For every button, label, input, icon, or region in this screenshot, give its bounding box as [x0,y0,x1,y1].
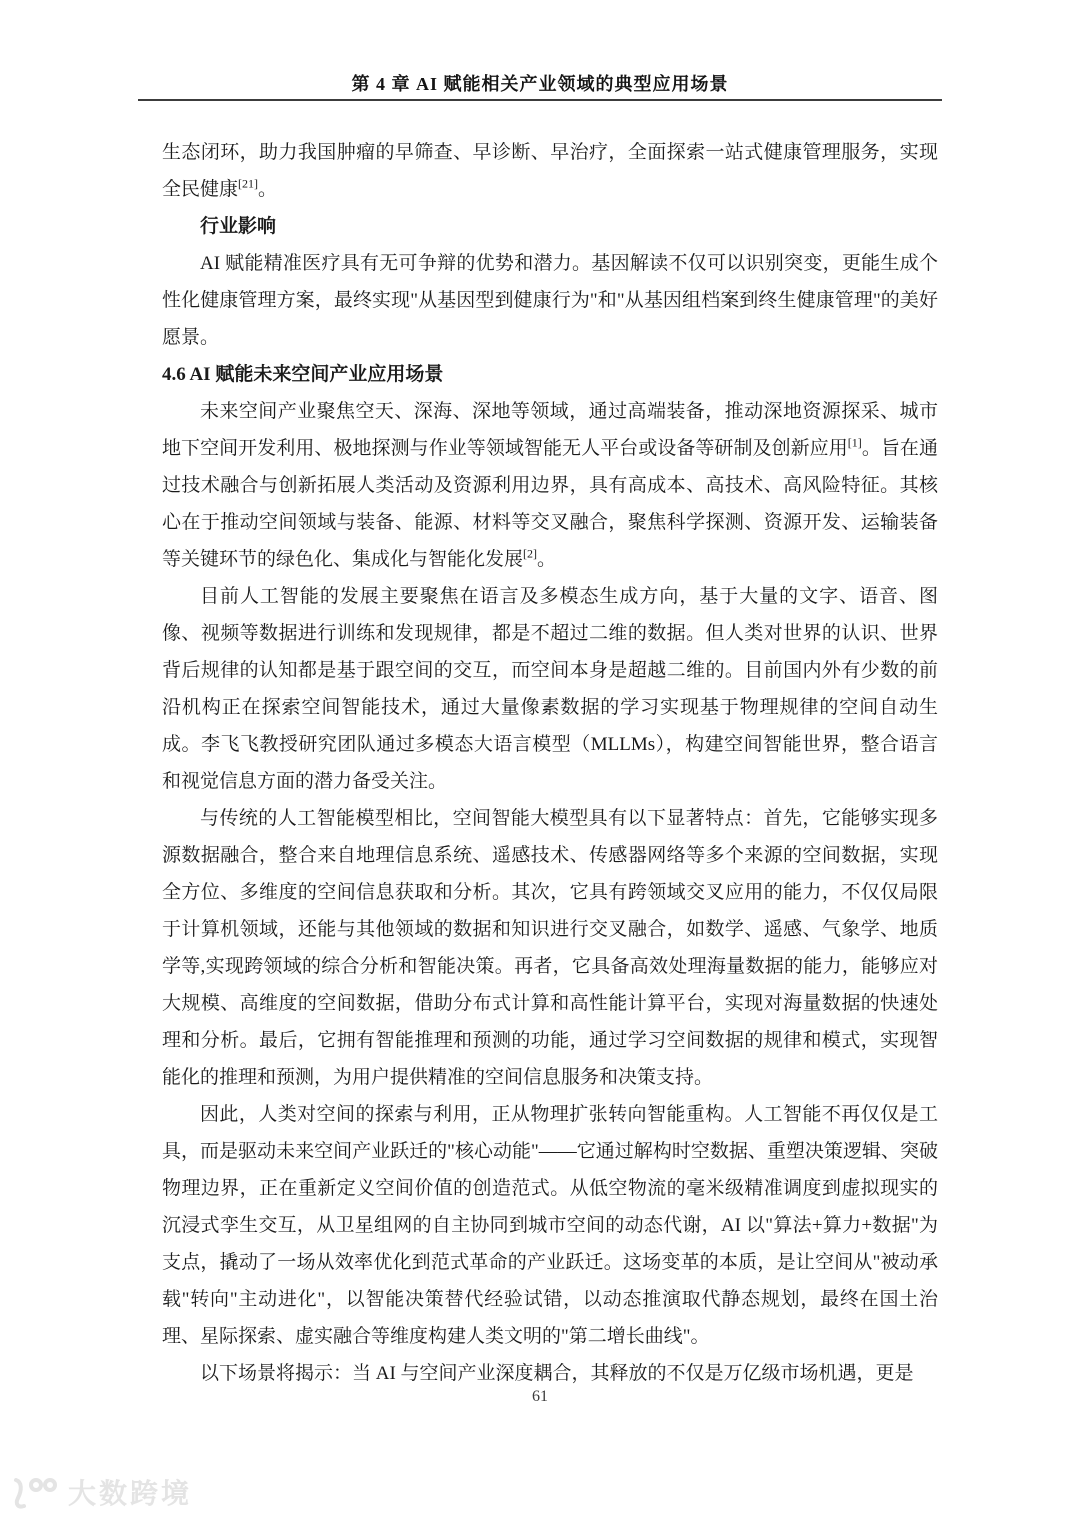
citation-ref: [2] [523,547,537,561]
watermark: 大数跨境 [8,1472,192,1512]
citation-ref: [1] [848,436,862,450]
citation-ref: [21] [238,177,258,191]
section-heading: 行业影响 [162,208,938,245]
document-page: 第 4 章 AI 赋能相关产业领域的典型应用场景 生态闭环，助力我国肿瘤的早筛查… [0,0,1080,1527]
document-body: 生态闭环，助力我国肿瘤的早筛查、早诊断、早治疗，全面探索一站式健康管理服务，实现… [162,134,938,1392]
paragraph: 以下场景将揭示：当 AI 与空间产业深度耦合，其释放的不仅是万亿级市场机遇，更是 [162,1355,938,1392]
paragraph: 目前人工智能的发展主要聚焦在语言及多模态生成方向，基于大量的文字、语音、图像、视… [162,578,938,800]
chapter-header-title: 第 4 章 AI 赋能相关产业领域的典型应用场景 [0,70,1080,96]
section-heading: 4.6 AI 赋能未来空间产业应用场景 [162,356,938,393]
page-number: 61 [0,1388,1080,1406]
paragraph: 生态闭环，助力我国肿瘤的早筛查、早诊断、早治疗，全面探索一站式健康管理服务，实现… [162,134,938,208]
paragraph: 因此，人类对空间的探索与利用，正从物理扩张转向智能重构。人工智能不再仅仅是工具，… [162,1096,938,1355]
paragraph: 未来空间产业聚焦空天、深海、深地等领域，通过高端装备，推动深地资源探采、城市地下… [162,393,938,578]
brand-logo-icon [8,1472,60,1512]
header-divider-rule [138,99,942,101]
paragraph: AI 赋能精准医疗具有无可争辩的优势和潜力。基因解读不仅可以识别突变，更能生成个… [162,245,938,356]
paragraph: 与传统的人工智能模型相比，空间智能大模型具有以下显著特点：首先，它能够实现多源数… [162,800,938,1096]
watermark-brand-text: 大数跨境 [68,1472,192,1512]
